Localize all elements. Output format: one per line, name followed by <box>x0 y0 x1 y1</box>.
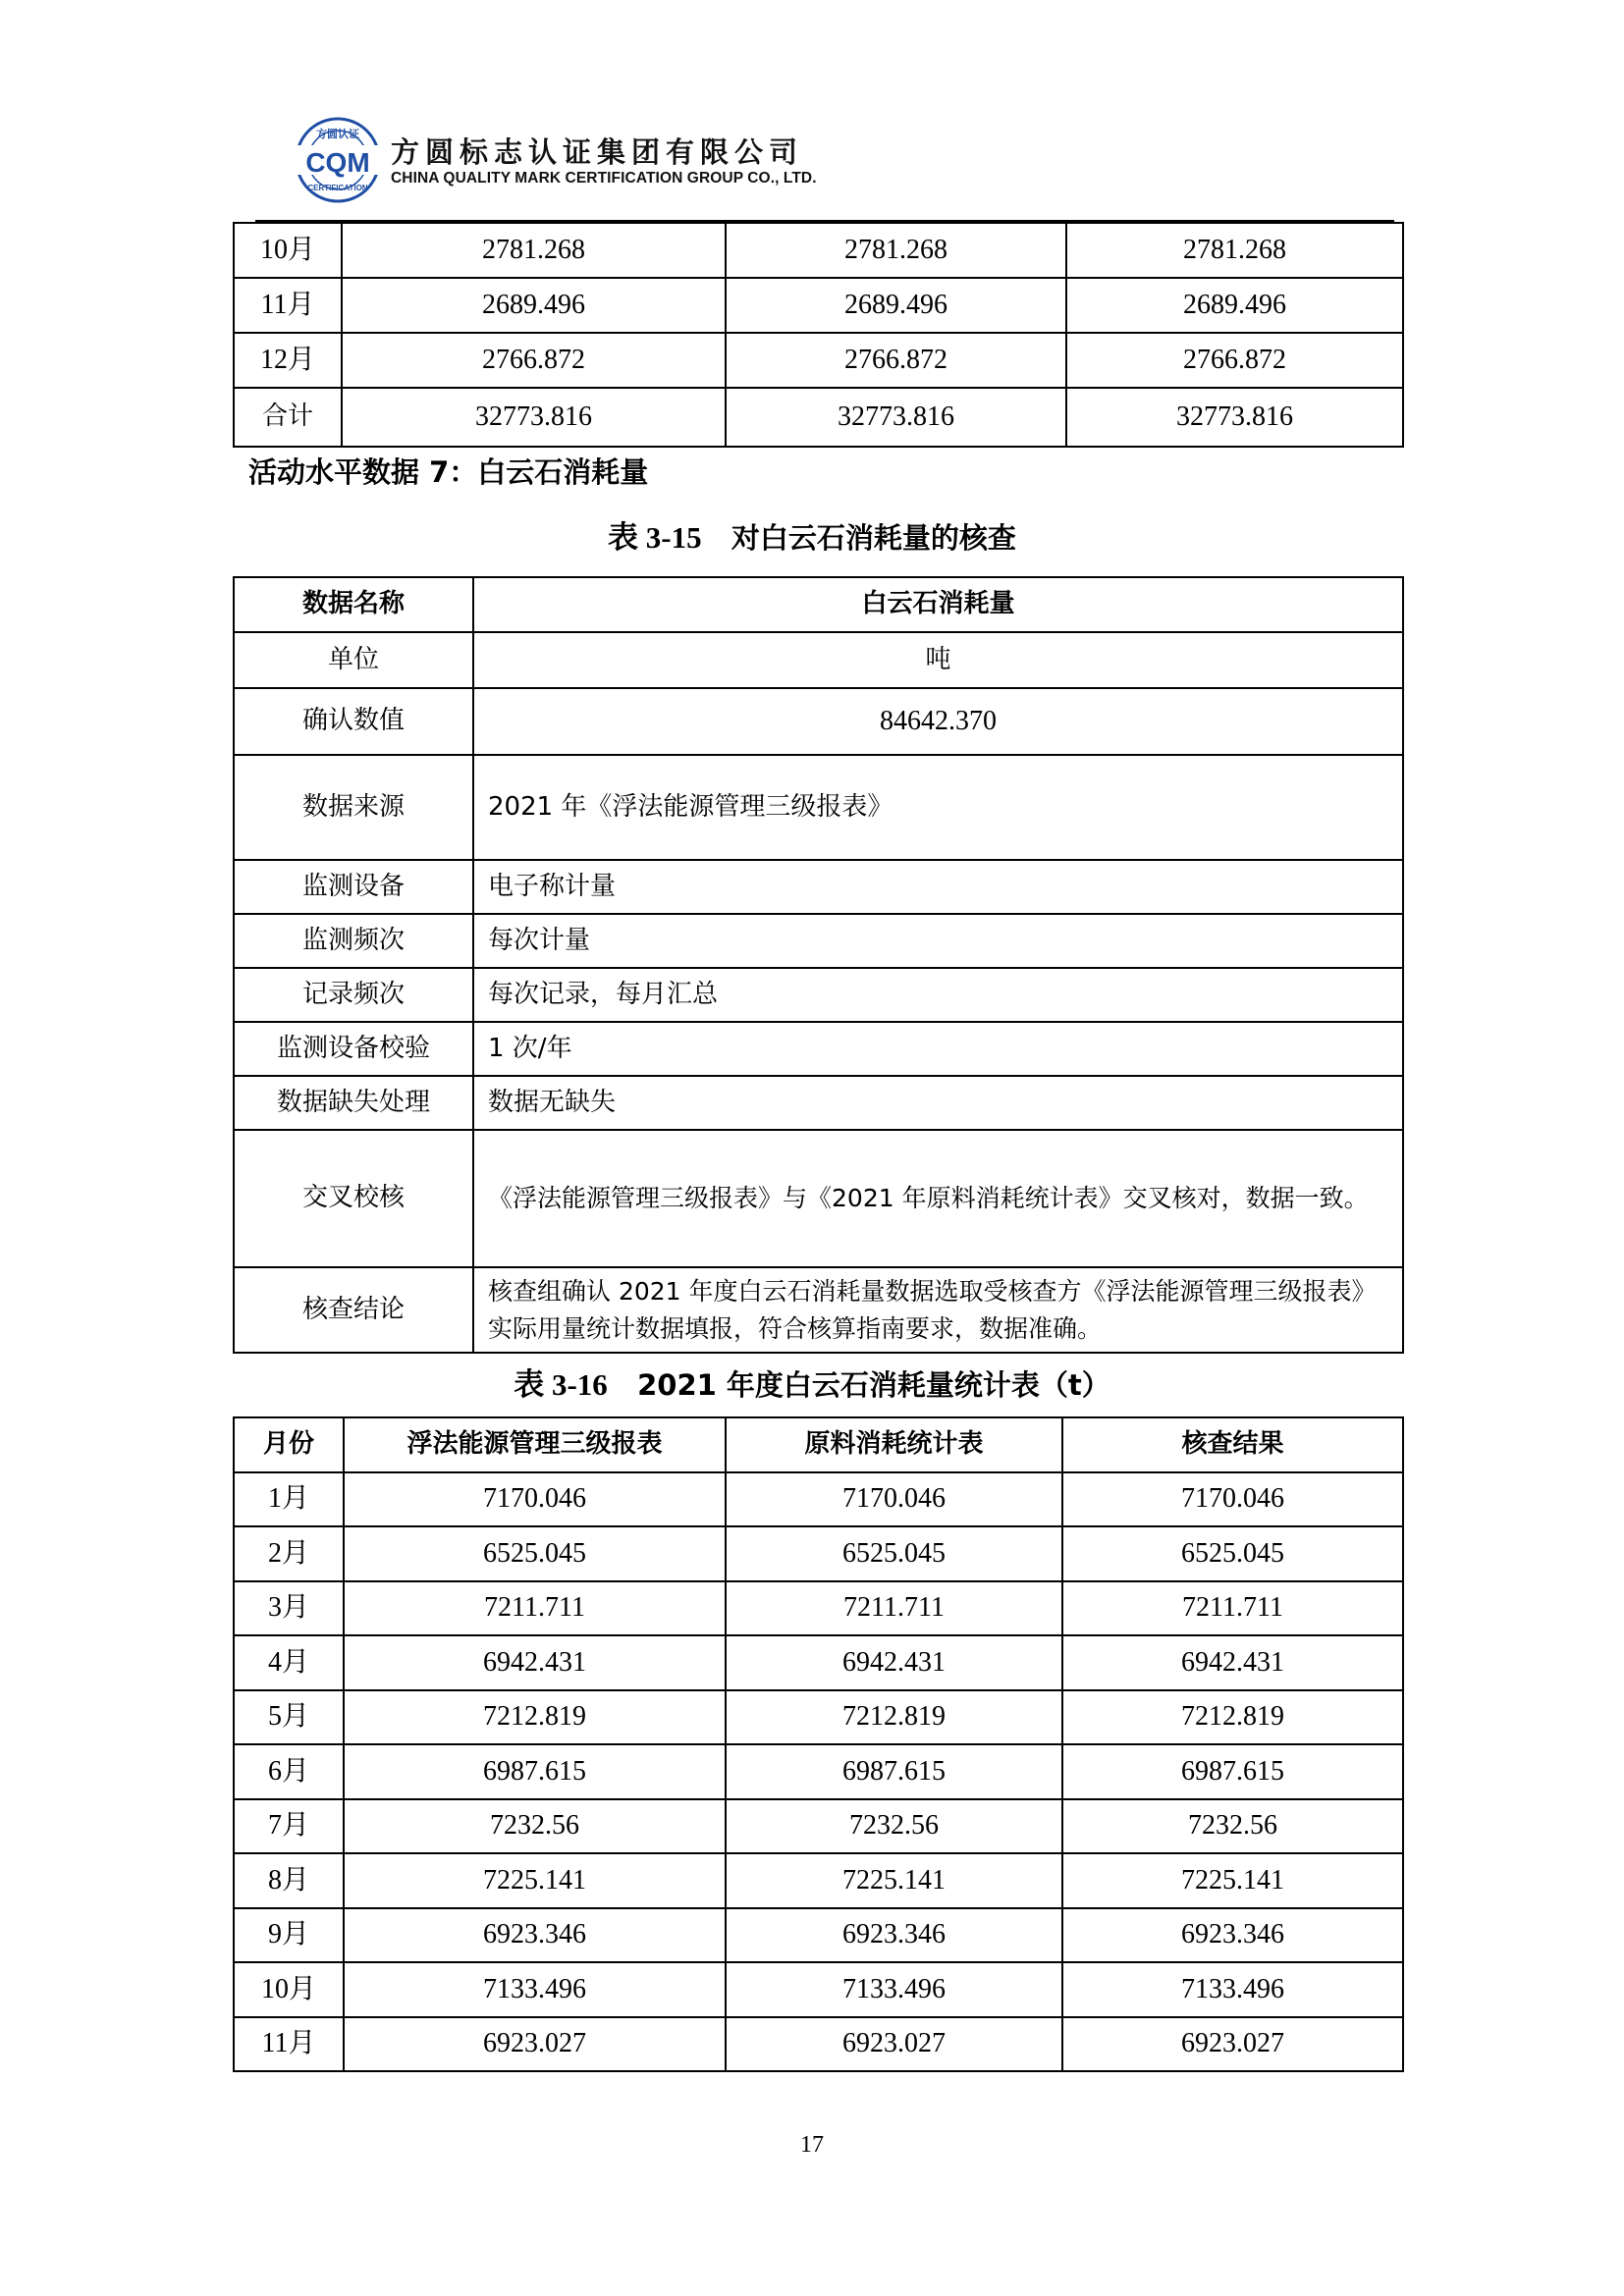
value-cell: 6525.045 <box>1062 1526 1403 1581</box>
table-caption-3-15: 表 3-15 对白云石消耗量的核查 <box>0 512 1624 557</box>
table-row: 10月 2781.268 2781.268 2781.268 <box>234 223 1403 278</box>
value-cell: 7133.496 <box>1062 1962 1403 2017</box>
table-row: 3月 7211.711 7211.711 7211.711 <box>234 1581 1403 1636</box>
value-cell: 6987.615 <box>726 1744 1062 1799</box>
month-cell: 4月 <box>234 1635 344 1690</box>
total-row: 合计 32773.816 32773.816 32773.816 <box>234 388 1403 447</box>
month-cell: 6月 <box>234 1744 344 1799</box>
row-value: 1 次/年 <box>473 1022 1403 1076</box>
value-cell: 6942.431 <box>726 1635 1062 1690</box>
section-heading: 活动水平数据 7：白云石消耗量 <box>248 451 648 491</box>
value-cell: 6942.431 <box>344 1635 726 1690</box>
table-row: 交叉校核 《浮法能源管理三级报表》与《2021 年原料消耗统计表》交叉核对，数据… <box>234 1130 1403 1267</box>
value-cell: 6923.346 <box>1062 1908 1403 1963</box>
value-cell: 2689.496 <box>726 278 1066 333</box>
caption-number: 表 3-15 <box>608 520 702 555</box>
value-cell: 6923.346 <box>726 1908 1062 1963</box>
row-label: 数据缺失处理 <box>234 1076 473 1130</box>
value-cell: 6987.615 <box>1062 1744 1403 1799</box>
previous-table-continuation: 10月 2781.268 2781.268 2781.268 11月 2689.… <box>233 222 1404 448</box>
table-row: 6月 6987.615 6987.615 6987.615 <box>234 1744 1403 1799</box>
value-cell: 6525.045 <box>726 1526 1062 1581</box>
table-row: 监测设备校验 1 次/年 <box>234 1022 1403 1076</box>
row-value: 《浮法能源管理三级报表》与《2021 年原料消耗统计表》交叉核对，数据一致。 <box>473 1130 1403 1267</box>
table-row: 5月 7212.819 7212.819 7212.819 <box>234 1690 1403 1745</box>
value-cell: 6923.027 <box>726 2017 1062 2072</box>
row-value: 每次记录，每月汇总 <box>473 968 1403 1022</box>
value-cell: 7170.046 <box>344 1472 726 1527</box>
table-header-row: 月份 浮法能源管理三级报表 原料消耗统计表 核查结果 <box>234 1417 1403 1472</box>
row-value: 吨 <box>473 632 1403 688</box>
table-row: 数据来源 2021 年《浮法能源管理三级报表》 <box>234 755 1403 860</box>
table-row: 10月 7133.496 7133.496 7133.496 <box>234 1962 1403 2017</box>
value-cell: 6923.027 <box>1062 2017 1403 2072</box>
value-cell: 7212.819 <box>344 1690 726 1745</box>
column-header: 原料消耗统计表 <box>726 1417 1062 1472</box>
month-cell: 10月 <box>234 1962 344 2017</box>
statistics-table-3-16: 月份 浮法能源管理三级报表 原料消耗统计表 核查结果 1月 7170.046 7… <box>233 1416 1404 2072</box>
row-label: 确认数值 <box>234 688 473 755</box>
month-cell: 1月 <box>234 1472 344 1527</box>
page-number: 17 <box>0 2132 1624 2159</box>
value-cell: 2766.872 <box>1066 333 1403 388</box>
value-cell: 6525.045 <box>344 1526 726 1581</box>
value-cell: 7225.141 <box>344 1853 726 1908</box>
verification-table-3-15: 数据名称 白云石消耗量 单位 吨 确认数值 84642.370 数据来源 202… <box>233 576 1404 1354</box>
table-row: 1月 7170.046 7170.046 7170.046 <box>234 1472 1403 1527</box>
total-value: 32773.816 <box>1066 388 1403 447</box>
value-cell: 7211.711 <box>344 1581 726 1636</box>
value-cell: 7212.819 <box>1062 1690 1403 1745</box>
month-cell: 10月 <box>234 223 342 278</box>
table-header-row: 数据名称 白云石消耗量 <box>234 577 1403 632</box>
value-cell: 2766.872 <box>342 333 726 388</box>
value-cell: 6942.431 <box>1062 1635 1403 1690</box>
row-value: 数据无缺失 <box>473 1076 1403 1130</box>
row-label: 单位 <box>234 632 473 688</box>
table-row: 4月 6942.431 6942.431 6942.431 <box>234 1635 1403 1690</box>
row-label: 交叉校核 <box>234 1130 473 1267</box>
table-row: 8月 7225.141 7225.141 7225.141 <box>234 1853 1403 1908</box>
company-name-en: CHINA QUALITY MARK CERTIFICATION GROUP C… <box>391 170 817 187</box>
svg-text:CERTIFICATION: CERTIFICATION <box>307 184 367 192</box>
row-label: 监测设备校验 <box>234 1022 473 1076</box>
month-cell: 12月 <box>234 333 342 388</box>
row-value: 电子称计量 <box>473 860 1403 914</box>
value-cell: 7211.711 <box>726 1581 1062 1636</box>
value-cell: 7211.711 <box>1062 1581 1403 1636</box>
row-label: 记录频次 <box>234 968 473 1022</box>
value-cell: 7170.046 <box>1062 1472 1403 1527</box>
value-cell: 2781.268 <box>726 223 1066 278</box>
table-caption-3-16: 表 3-16 2021 年度白云石消耗量统计表（t） <box>0 1360 1624 1404</box>
table-row: 单位 吨 <box>234 632 1403 688</box>
total-value: 32773.816 <box>726 388 1066 447</box>
caption-title: 2021 年度白云石消耗量统计表（t） <box>637 1368 1110 1402</box>
company-name-cn: 方圆标志认证集团有限公司 <box>391 131 803 171</box>
table-row: 核查结论 核查组确认 2021 年度白云石消耗量数据选取受核查方《浮法能源管理三… <box>234 1267 1403 1353</box>
value-cell: 2689.496 <box>1066 278 1403 333</box>
value-cell: 7133.496 <box>344 1962 726 2017</box>
column-header: 月份 <box>234 1417 344 1472</box>
value-cell: 6987.615 <box>344 1744 726 1799</box>
caption-title: 对白云石消耗量的核查 <box>731 521 1016 555</box>
value-cell: 2781.268 <box>342 223 726 278</box>
svg-text:方圆认证: 方圆认证 <box>316 127 359 140</box>
table-row: 数据缺失处理 数据无缺失 <box>234 1076 1403 1130</box>
row-label: 监测频次 <box>234 914 473 968</box>
value-cell: 2781.268 <box>1066 223 1403 278</box>
total-value: 32773.816 <box>342 388 726 447</box>
month-cell: 7月 <box>234 1799 344 1854</box>
table-row: 监测频次 每次计量 <box>234 914 1403 968</box>
column-header: 浮法能源管理三级报表 <box>344 1417 726 1472</box>
table-row: 7月 7232.56 7232.56 7232.56 <box>234 1799 1403 1854</box>
value-cell: 7232.56 <box>726 1799 1062 1854</box>
value-cell: 7170.046 <box>726 1472 1062 1527</box>
month-cell: 2月 <box>234 1526 344 1581</box>
month-cell: 3月 <box>234 1581 344 1636</box>
value-cell: 7225.141 <box>726 1853 1062 1908</box>
table-row: 2月 6525.045 6525.045 6525.045 <box>234 1526 1403 1581</box>
row-label: 监测设备 <box>234 860 473 914</box>
month-cell: 11月 <box>234 2017 344 2072</box>
header-value: 白云石消耗量 <box>473 577 1403 632</box>
value-cell: 7225.141 <box>1062 1853 1403 1908</box>
table-row: 记录频次 每次记录，每月汇总 <box>234 968 1403 1022</box>
row-value: 2021 年《浮法能源管理三级报表》 <box>473 755 1403 860</box>
value-cell: 7232.56 <box>1062 1799 1403 1854</box>
month-cell: 8月 <box>234 1853 344 1908</box>
column-header: 核查结果 <box>1062 1417 1403 1472</box>
month-cell: 11月 <box>234 278 342 333</box>
row-value: 84642.370 <box>473 688 1403 755</box>
value-cell: 6923.346 <box>344 1908 726 1963</box>
month-cell: 5月 <box>234 1690 344 1745</box>
value-cell: 2766.872 <box>726 333 1066 388</box>
table-row: 11月 6923.027 6923.027 6923.027 <box>234 2017 1403 2072</box>
value-cell: 7232.56 <box>344 1799 726 1854</box>
cqm-logo-icon: 方圆认证 CQM CERTIFICATION <box>293 116 383 204</box>
month-cell: 9月 <box>234 1908 344 1963</box>
value-cell: 2689.496 <box>342 278 726 333</box>
table-row: 11月 2689.496 2689.496 2689.496 <box>234 278 1403 333</box>
row-label: 数据来源 <box>234 755 473 860</box>
table-row: 确认数值 84642.370 <box>234 688 1403 755</box>
value-cell: 7133.496 <box>726 1962 1062 2017</box>
value-cell: 7212.819 <box>726 1690 1062 1745</box>
row-label: 核查结论 <box>234 1267 473 1353</box>
row-value: 每次计量 <box>473 914 1403 968</box>
header-label: 数据名称 <box>234 577 473 632</box>
table-row: 12月 2766.872 2766.872 2766.872 <box>234 333 1403 388</box>
row-value: 核查组确认 2021 年度白云石消耗量数据选取受核查方《浮法能源管理三级报表》实… <box>473 1267 1403 1353</box>
value-cell: 6923.027 <box>344 2017 726 2072</box>
caption-number: 表 3-16 <box>514 1367 608 1402</box>
table-row: 9月 6923.346 6923.346 6923.346 <box>234 1908 1403 1963</box>
table-row: 监测设备 电子称计量 <box>234 860 1403 914</box>
total-label: 合计 <box>234 388 342 447</box>
svg-text:CQM: CQM <box>305 147 369 178</box>
